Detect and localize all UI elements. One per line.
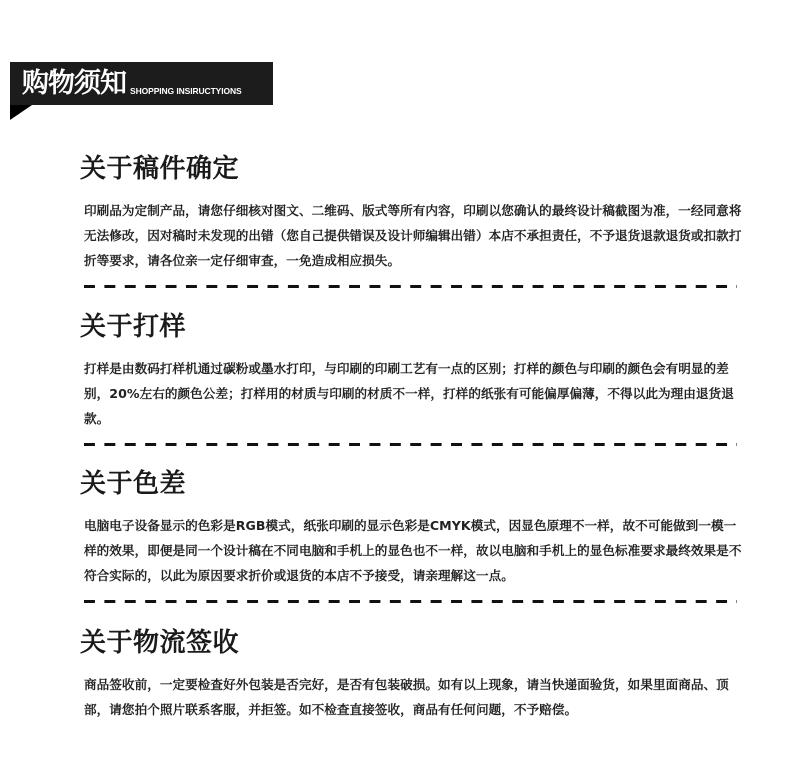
section-body: 商品签收前，一定要检查好外包装是否完好，是否有包装破损。如有以上现象，请当快递面… <box>84 672 748 722</box>
section-heading: 关于物流签收 <box>80 628 750 658</box>
dashed-divider <box>84 443 737 446</box>
section-body: 印刷品为定制产品，请您仔细核对图文、二维码、版式等所有内容，印刷以您确认的最终设… <box>84 198 748 273</box>
section-body: 电脑电子设备显示的色彩是RGB模式，纸张印刷的显示色彩是CMYK模式，因显色原理… <box>84 513 748 588</box>
section-heading: 关于色差 <box>80 469 750 499</box>
banner-subtitle: SHOPPING INSIRUCTYIONS <box>130 86 242 96</box>
section-manuscript-confirmation: 关于稿件确定 印刷品为定制产品，请您仔细核对图文、二维码、版式等所有内容，印刷以… <box>80 154 750 273</box>
section-logistics-signoff: 关于物流签收 商品签收前，一定要检查好外包装是否完好，是否有包装破损。如有以上现… <box>80 628 750 722</box>
section-color-difference: 关于色差 电脑电子设备显示的色彩是RGB模式，纸张印刷的显示色彩是CMYK模式，… <box>80 469 750 588</box>
banner-title: 购物须知 <box>22 68 126 100</box>
section-heading: 关于稿件确定 <box>80 154 750 184</box>
dashed-divider <box>84 600 737 603</box>
dashed-divider <box>84 285 737 288</box>
section-heading: 关于打样 <box>80 312 750 342</box>
section-body: 打样是由数码打样机通过碳粉或墨水打印，与印刷的印刷工艺有一点的区别；打样的颜色与… <box>84 356 748 431</box>
shopping-instructions-banner: 购物须知 SHOPPING INSIRUCTYIONS <box>10 62 273 105</box>
section-proofing: 关于打样 打样是由数码打样机通过碳粉或墨水打印，与印刷的印刷工艺有一点的区别；打… <box>80 312 750 431</box>
banner-fold-corner <box>10 105 32 120</box>
